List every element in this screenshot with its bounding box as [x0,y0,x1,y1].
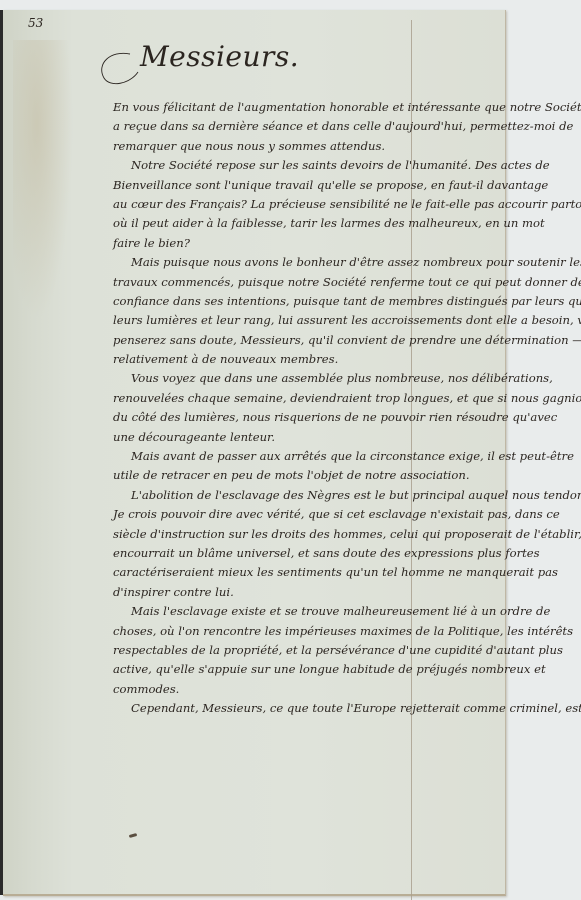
manuscript-body: En vous félicitant de l'augmentation hon… [113,98,503,719]
text-line: respectables de la propriété, et la pers… [113,641,503,660]
paragraph-start-line: Notre Société repose sur les saints devo… [113,156,503,175]
paragraph-start-line: Mais l'esclavage existe et se trouve mal… [113,602,503,621]
text-line: faire le bien? [113,234,503,253]
paragraph-start-line: Mais avant de passer aux arrêtés que la … [113,447,503,466]
text-line: utile de retracer en peu de mots l'objet… [113,466,503,485]
text-line: caractériseraient mieux les sentiments q… [113,563,503,582]
text-line: du côté des lumières, nous risquerions d… [113,408,503,427]
text-line: leurs lumières et leur rang, lui assuren… [113,311,503,330]
paragraph-start-line: Vous voyez que dans une assemblée plus n… [113,369,503,388]
page-number: 53 [28,16,43,30]
text-line: renouvelées chaque semaine, deviendraien… [113,389,503,408]
paper-stain [13,40,73,320]
text-line: une décourageante lenteur. [113,428,503,447]
text-line: active, qu'elle s'appuie sur une longue … [113,660,503,679]
ink-smudge [129,833,138,838]
paragraph-start-line: L'abolition de l'esclavage des Nègres es… [113,486,503,505]
paragraph-start-line: Cependant, Messieurs, ce que toute l'Eur… [113,699,503,718]
text-line: où il peut aider à la faiblesse, tarir l… [113,214,503,233]
calligraphic-flourish-icon [90,50,150,90]
text-line: confiance dans ses intentions, puisque t… [113,292,503,311]
text-line: encourrait un blâme universel, et sans d… [113,544,503,563]
text-line: a reçue dans sa dernière séance et dans … [113,117,503,136]
text-line: penserez sans doute, Messieurs, qu'il co… [113,331,503,350]
paragraph-start-line: Mais puisque nous avons le bonheur d'êtr… [113,253,503,272]
text-line: Bienveillance sont l'unique travail qu'e… [113,176,503,195]
text-line: travaux commencés, puisque notre Société… [113,273,503,292]
text-line: choses, où l'on rencontre les impérieuse… [113,622,503,641]
text-line: remarquer que nous nous y sommes attendu… [113,137,503,156]
salutation-heading: Messieurs. [100,40,299,73]
text-line: relativement à de nouveaux membres. [113,350,503,369]
text-line: En vous félicitant de l'augmentation hon… [113,98,503,117]
text-line: au cœur des Français? La précieuse sensi… [113,195,503,214]
text-line: commodes. [113,680,503,699]
text-line: d'inspirer contre lui. [113,583,503,602]
text-line: siècle d'instruction sur les droits des … [113,525,503,544]
text-line: Je crois pouvoir dire avec vérité, que s… [113,505,503,524]
